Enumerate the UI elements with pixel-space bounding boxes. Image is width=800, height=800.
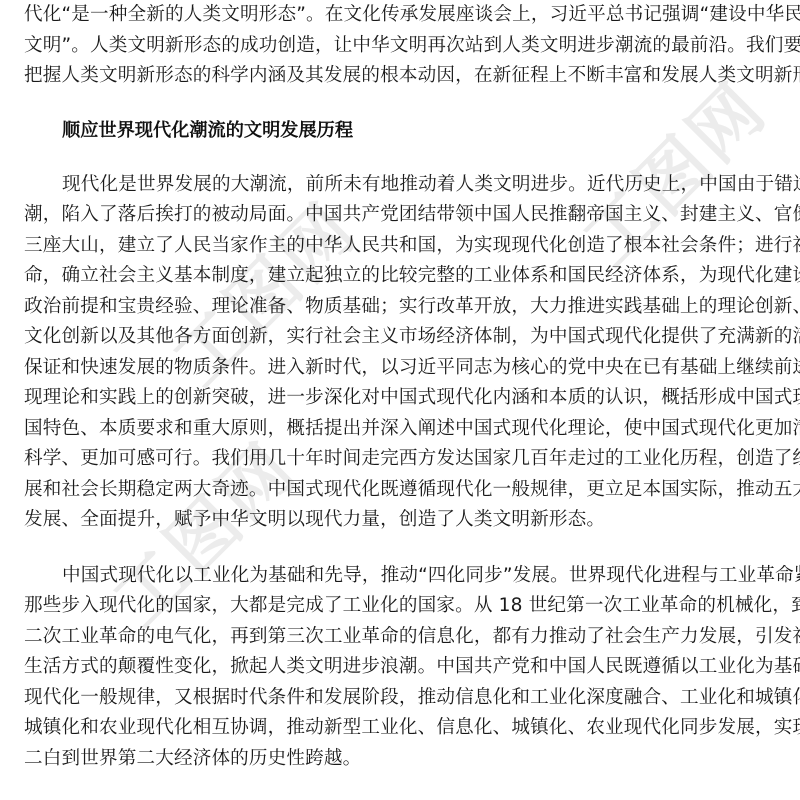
spacer <box>24 92 778 116</box>
text-line: 潮，陷入了落后挨打的被动局面。中国共产党团结带领中国人民推翻帝国主义、封建主义、… <box>24 200 778 231</box>
text-line: 城镇化和农业现代化相互协调，推动新型工业化、信息化、城镇化、农业现代化同步发展，… <box>24 713 778 744</box>
text-line: 文明”。人类文明新形态的成功创造，让中华文明再次站到人类文明进步潮流的最前沿。我… <box>24 31 778 62</box>
text-line: 现代化是世界发展的大潮流，前所未有地推动着人类文明进步。近代历史上，中国由于错过… <box>24 170 778 201</box>
text-line: 中国式现代化以工业化为基础和先导，推动“四化同步”发展。世界现代化进程与工业革命… <box>24 561 778 592</box>
text-line: 生活方式的颠覆性变化，掀起人类文明进步浪潮。中国共产党和中国人民既遵循以工业化为… <box>24 652 778 683</box>
text-line: 二次工业革命的电气化，再到第三次工业革命的信息化，都有力推动了社会生产力发展，引… <box>24 622 778 653</box>
text-line: 文化创新以及其他各方面创新，实行社会主义市场经济体制，为中国式现代化提供了充满新… <box>24 322 778 353</box>
paragraph-2: 现代化是世界发展的大潮流，前所未有地推动着人类文明进步。近代历史上，中国由于错过… <box>24 170 778 536</box>
document-body: 代化“是一种全新的人类文明形态”。在文化传承发展座谈会上，习近平总书记强调“建设… <box>24 0 778 774</box>
text-line: 三座大山，建立了人民当家作主的中华人民共和国，为实现现代化创造了根本社会条件；进… <box>24 231 778 262</box>
text-line: 那些步入现代化的国家，大都是完成了工业化的国家。从 18 世纪第一次工业革命的机… <box>24 591 778 622</box>
text-line: 科学、更加可感可行。我们用几十年时间走完西方发达国家几百年走过的工业化历程，创造… <box>24 444 778 475</box>
text-line: 保证和快速发展的物质条件。进入新时代，以习近平同志为核心的党中央在已有基础上继续… <box>24 353 778 384</box>
spacer <box>24 146 778 170</box>
text-line: 命，确立社会主义基本制度，建立起独立的比较完整的工业体系和国民经济体系，为现代化… <box>24 261 778 292</box>
text-line: 现代化一般规律，又根据时代条件和发展阶段，推动信息化和工业化深度融合、工业化和城… <box>24 683 778 714</box>
paragraph-3: 中国式现代化以工业化为基础和先导，推动“四化同步”发展。世界现代化进程与工业革命… <box>24 561 778 775</box>
text-line: 二白到世界第二大经济体的历史性跨越。 <box>24 744 778 775</box>
section-heading: 顺应世界现代化潮流的文明发展历程 <box>24 116 778 146</box>
text-line: 国特色、本质要求和重大原则，概括提出并深入阐述中国式现代化理论，使中国式现代化更… <box>24 414 778 445</box>
text-line: 把握人类文明新形态的科学内涵及其发展的根本动因，在新征程上不断丰富和发展人类文明… <box>24 61 778 92</box>
text-line: 展和社会长期稳定两大奇迹。中国式现代化既遵循现代化一般规律，更立足本国实际，推动… <box>24 475 778 506</box>
text-line: 现理论和实践上的创新突破，进一步深化对中国式现代化内涵和本质的认识，概括形成中国… <box>24 383 778 414</box>
text-line: 政治前提和宝贵经验、理论准备、物质基础；实行改革开放，大力推进实践基础上的理论创… <box>24 292 778 323</box>
paragraph-1: 代化“是一种全新的人类文明形态”。在文化传承发展座谈会上，习近平总书记强调“建设… <box>24 0 778 92</box>
text-line: 代化“是一种全新的人类文明形态”。在文化传承发展座谈会上，习近平总书记强调“建设… <box>24 0 778 31</box>
spacer <box>24 536 778 561</box>
text-line: 发展、全面提升，赋予中华文明以现代力量，创造了人类文明新形态。 <box>24 505 778 536</box>
